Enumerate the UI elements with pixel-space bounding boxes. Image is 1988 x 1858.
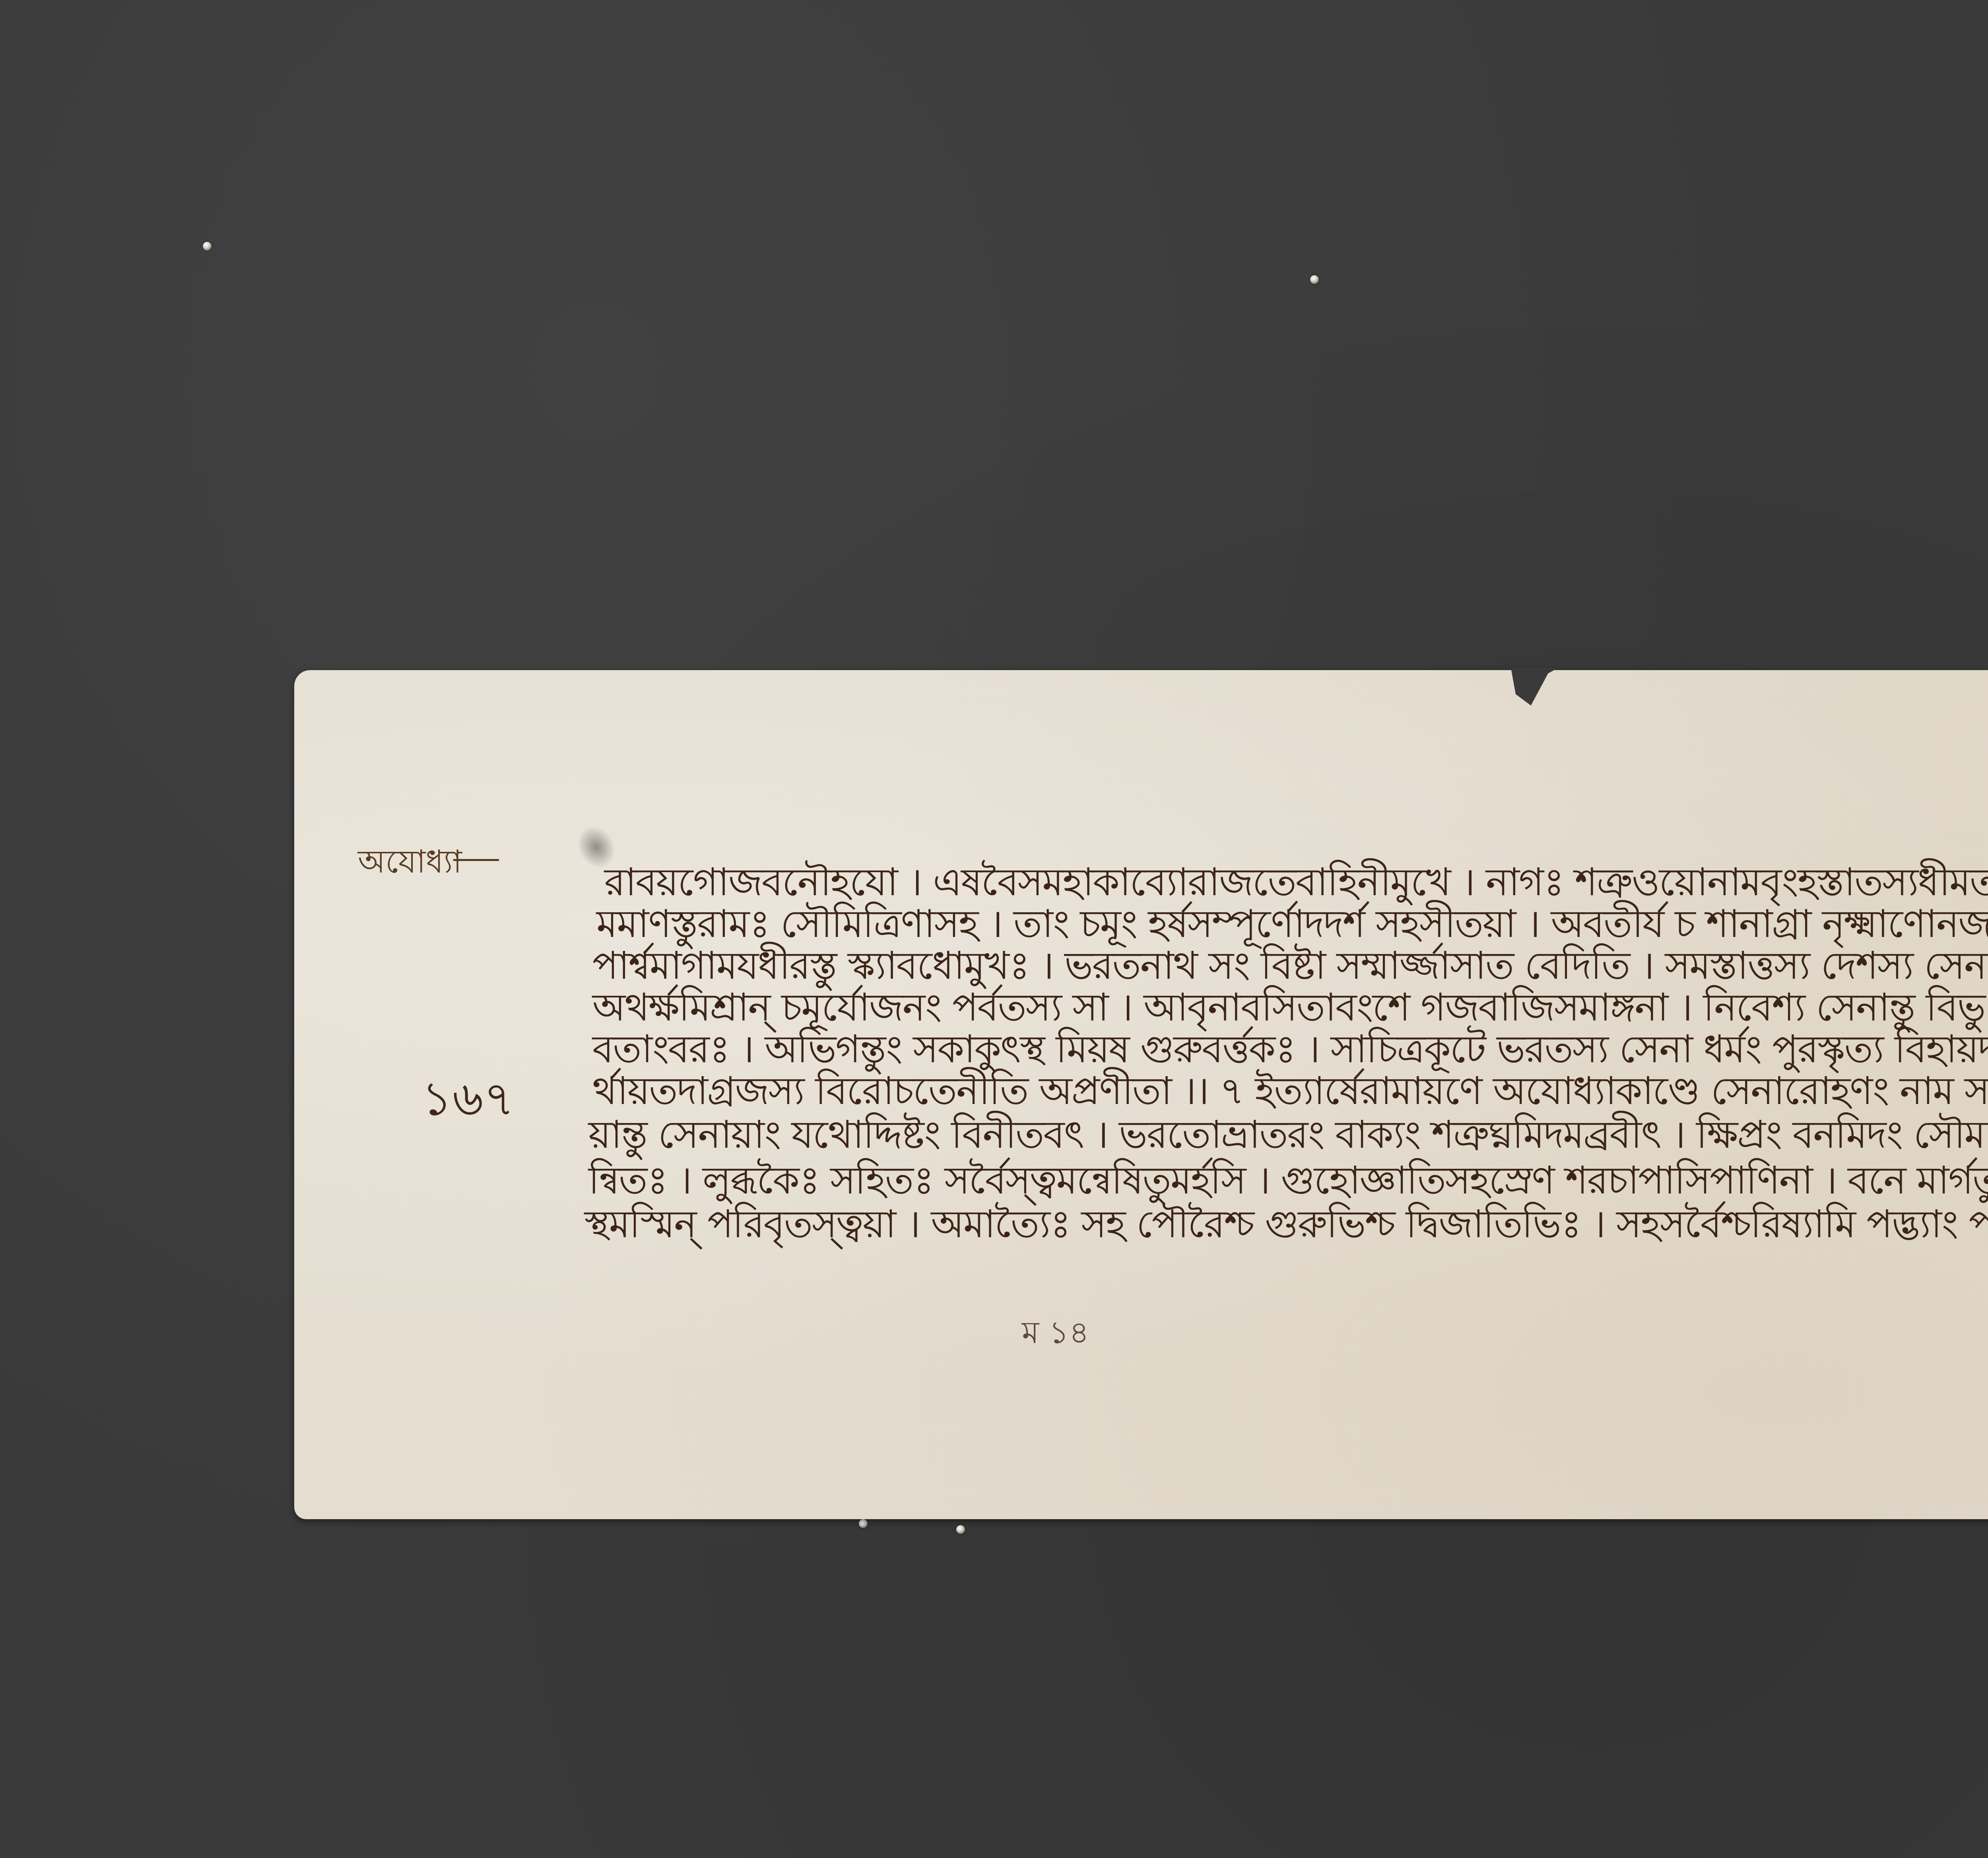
text-line-4: অথর্ক্ষমিশ্রান্ চমূর্যোজনং পর্বতস্য সা ।… <box>592 988 1988 1026</box>
torn-notch <box>1511 668 1559 705</box>
margin-title: অযোধ্যা <box>358 837 462 890</box>
text-line-2: মমাণস্তুরামঃ সৌমিত্রিণাসহ । তাং চমূং হর্… <box>596 905 1988 943</box>
text-line-5: বতাংবরঃ । অভিগন্তুং সকাকুৎস্থ মিয়ষ গুরু… <box>592 1030 1988 1068</box>
text-line-8: ন্বিতঃ । লুব্ধকৈঃ সহিতঃ সর্বৈস্ত্বমন্বেষ… <box>588 1161 1988 1199</box>
text-line-6: র্থায়তদাগ্রজস্য বিরোচতেনীতি অপ্রণীতা ।।… <box>592 1072 1988 1110</box>
pin-head <box>1310 275 1319 284</box>
text-line-7: য়ান্তু সেনায়াং যথোদ্দিষ্টং বিনীতবৎ । ভ… <box>588 1116 1988 1154</box>
text-line-1: রাবয়গোজবনৌহযো । এষবৈসমহাকাব্যোরাজতেবাহি… <box>604 863 1988 901</box>
bottom-note-center: ম ১৪ <box>1022 1308 1089 1360</box>
text-line-3: পার্শ্বমাগামযধীরস্তু স্ক্যাবধোমুখঃ । ভরত… <box>592 946 1988 985</box>
pin-head <box>859 1519 868 1528</box>
folio-number-left: ১৬৭ <box>421 1062 514 1142</box>
text-line-9: স্থমস্মিন্ পরিবৃতস্ত্বয়া । অমাত্যৈঃ সহ … <box>584 1205 1988 1243</box>
pin-head <box>956 1525 965 1534</box>
margin-title-underline <box>453 859 499 861</box>
pin-head <box>203 242 212 251</box>
